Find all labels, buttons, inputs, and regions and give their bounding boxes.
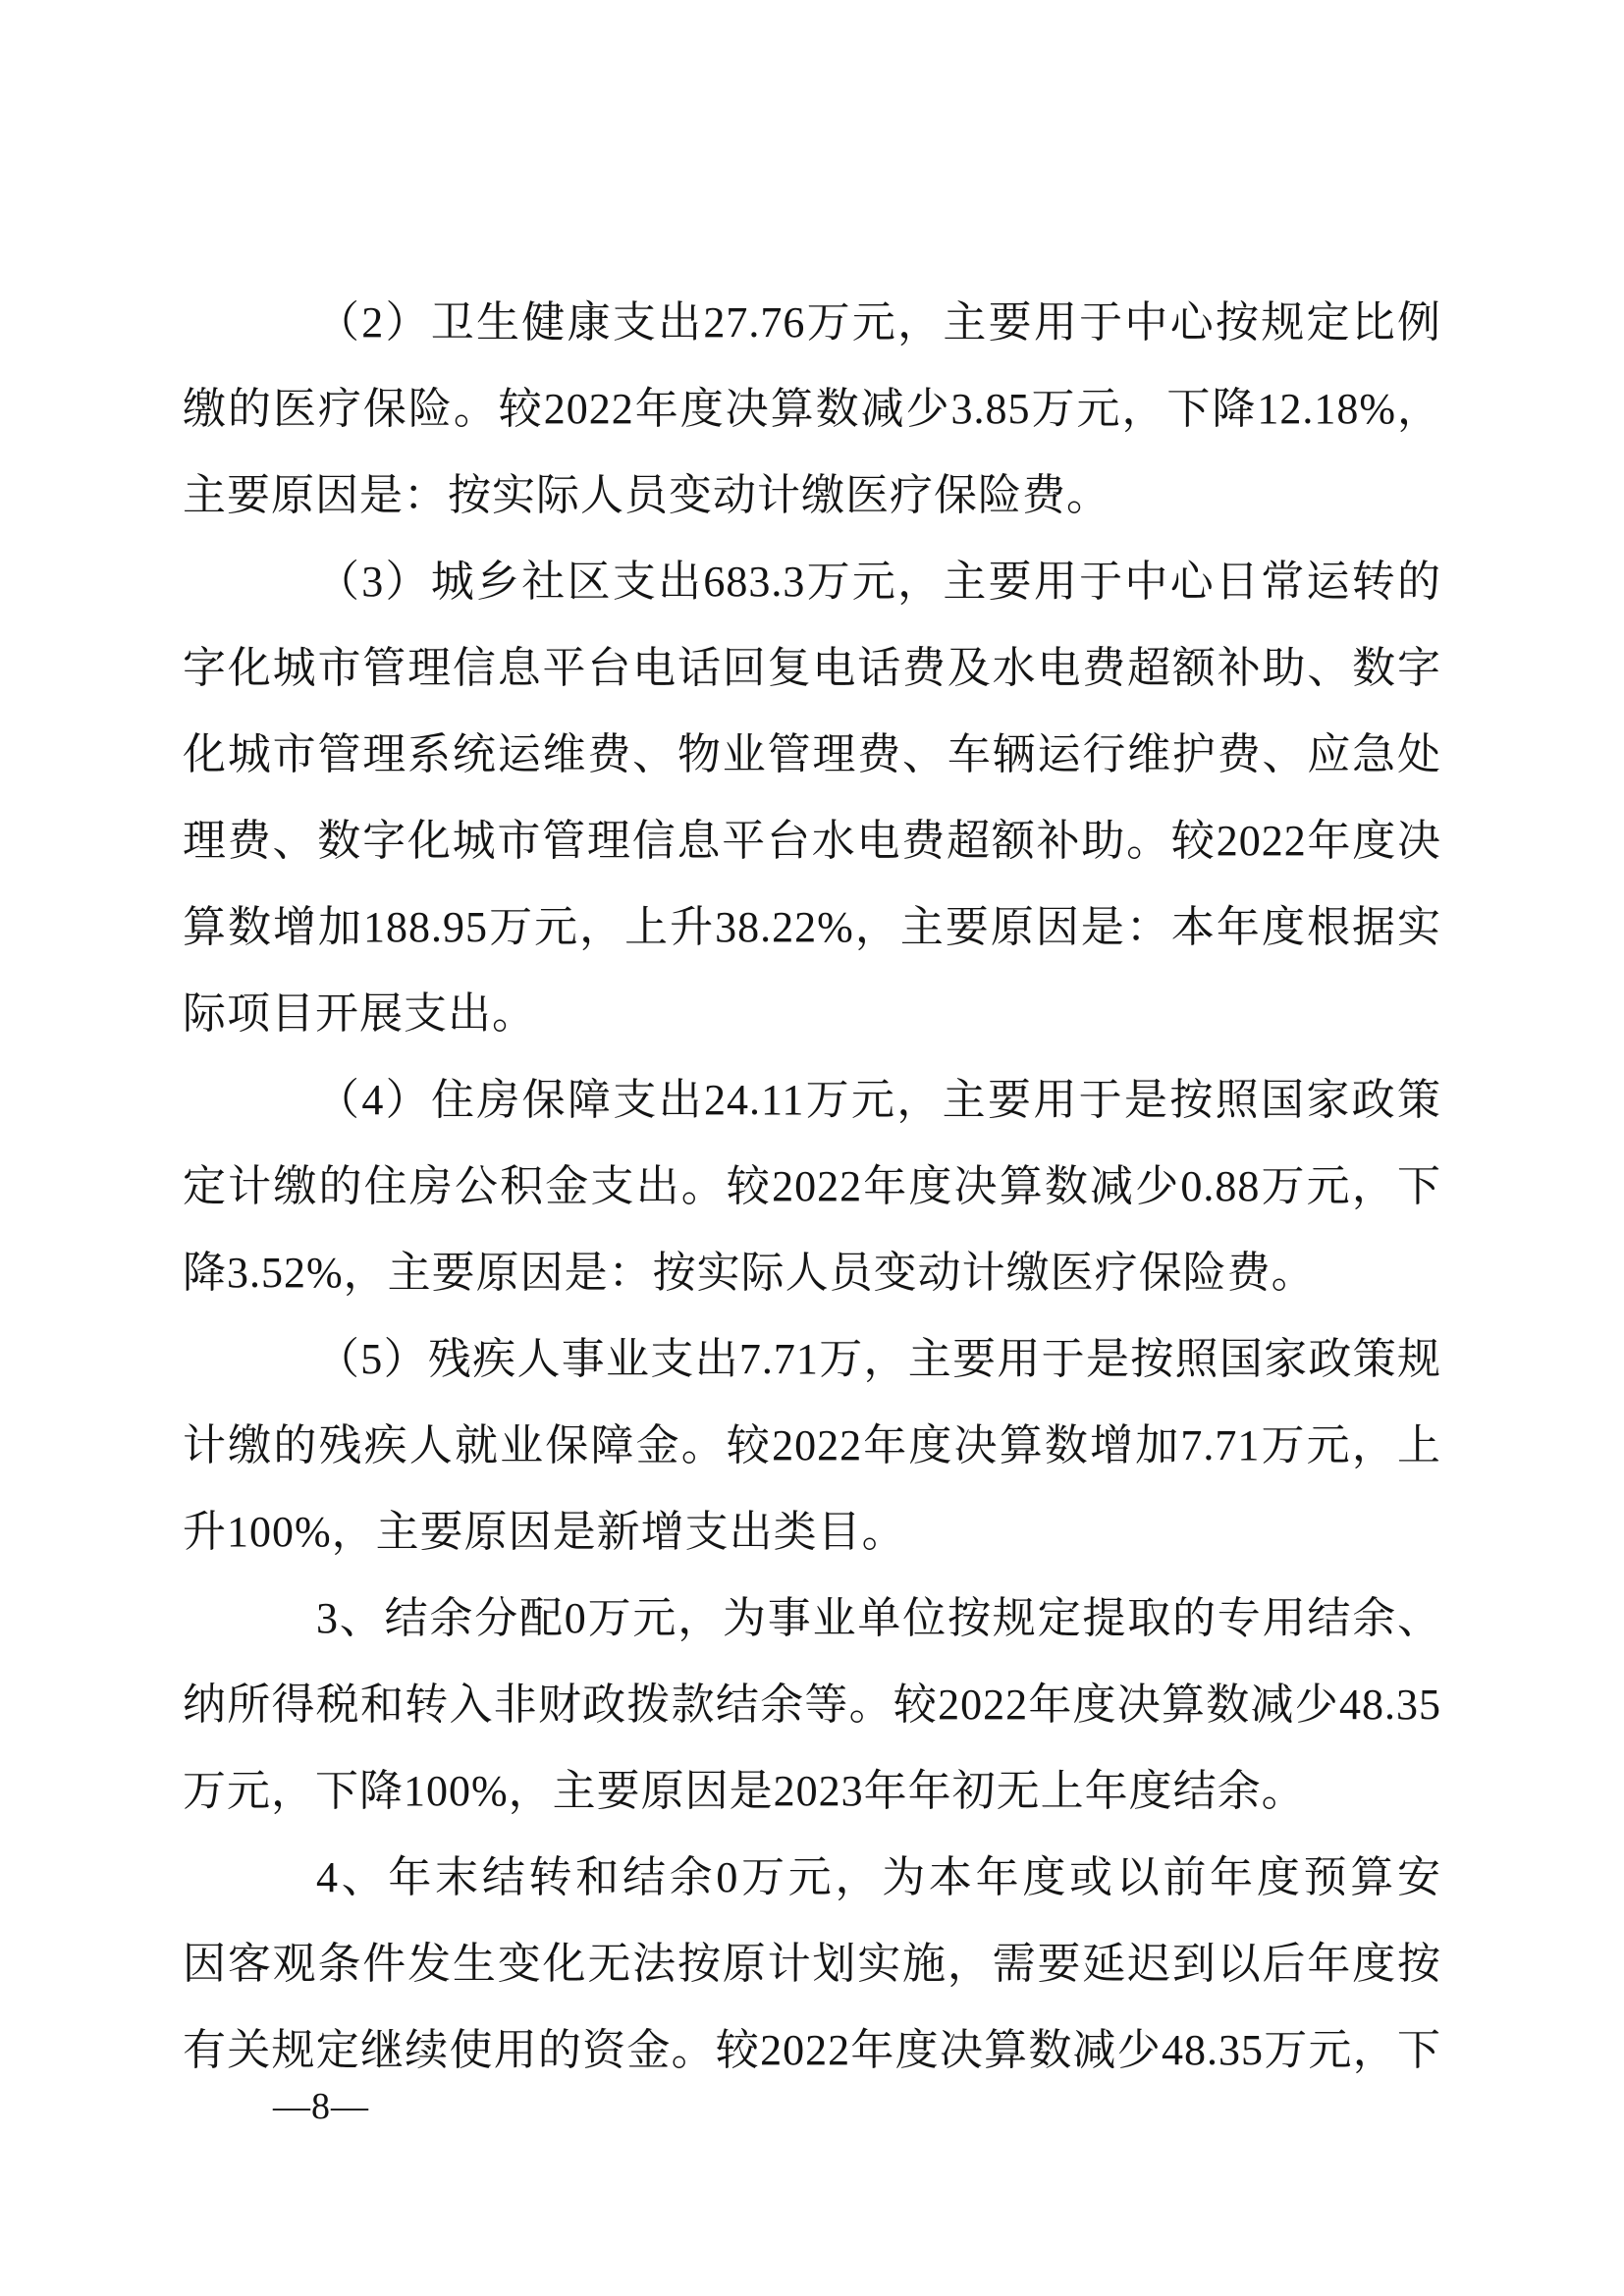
text-line: 计缴的残疾人就业保障金。较2022年度决算数增加7.71万元，上 [183, 1403, 1441, 1489]
text-line: 3、结余分配0万元，为事业单位按规定提取的专用结余、缴 [183, 1575, 1441, 1662]
text-line: 纳所得税和转入非财政拨款结余等。较2022年度决算数减少48.35 [183, 1662, 1441, 1748]
page-number: —8— [273, 2085, 369, 2128]
text-line: 因客观条件发生变化无法按原计划实施，需要延迟到以后年度按 [183, 1921, 1441, 2007]
text-line: （5）残疾人事业支出7.71万，主要用于是按照国家政策规定 [183, 1316, 1441, 1403]
text-line: 主要原因是：按实际人员变动计缴医疗保险费。 [183, 453, 1441, 539]
text-line: 4、年末结转和结余0万元，为本年度或以前年度预算安排、 [183, 1835, 1441, 1921]
text-line: （4）住房保障支出24.11万元，主要用于是按照国家政策规 [183, 1057, 1441, 1144]
text-line: 定计缴的住房公积金支出。较2022年度决算数减少0.88万元，下 [183, 1144, 1441, 1230]
text-line: 升100%，主要原因是新增支出类目。 [183, 1489, 1441, 1575]
text-line: 际项目开展支出。 [183, 971, 1441, 1057]
paragraph-surplus-distribution: 3、结余分配0万元，为事业单位按规定提取的专用结余、缴 纳所得税和转入非财政拨款… [183, 1575, 1441, 1835]
document-body: （2）卫生健康支出27.76万元，主要用于中心按规定比例计 缴的医疗保险。较20… [183, 280, 1441, 2094]
text-line: 化城市管理系统运维费、物业管理费、车辆运行维护费、应急处 [183, 712, 1441, 798]
text-line: （2）卫生健康支出27.76万元，主要用于中心按规定比例计 [183, 280, 1441, 366]
paragraph-health-expenditure: （2）卫生健康支出27.76万元，主要用于中心按规定比例计 缴的医疗保险。较20… [183, 280, 1441, 539]
paragraph-disabled-persons-expenditure: （5）残疾人事业支出7.71万，主要用于是按照国家政策规定 计缴的残疾人就业保障… [183, 1316, 1441, 1575]
text-line: 缴的医疗保险。较2022年度决算数减少3.85万元，下降12.18%， [183, 366, 1441, 453]
paragraph-community-expenditure: （3）城乡社区支出683.3万元，主要用于中心日常运转的数 字化城市管理信息平台… [183, 539, 1441, 1057]
paragraph-housing-expenditure: （4）住房保障支出24.11万元，主要用于是按照国家政策规 定计缴的住房公积金支… [183, 1057, 1441, 1316]
text-line: 万元，下降100%，主要原因是2023年年初无上年度结余。 [183, 1748, 1441, 1835]
text-line: 降3.52%，主要原因是：按实际人员变动计缴医疗保险费。 [183, 1230, 1441, 1316]
text-line: 字化城市管理信息平台电话回复电话费及水电费超额补助、数字 [183, 625, 1441, 712]
paragraph-yearend-carryover: 4、年末结转和结余0万元，为本年度或以前年度预算安排、 因客观条件发生变化无法按… [183, 1835, 1441, 2094]
text-line: 算数增加188.95万元，上升38.22%，主要原因是：本年度根据实 [183, 884, 1441, 971]
document-page: （2）卫生健康支出27.76万元，主要用于中心按规定比例计 缴的医疗保险。较20… [0, 0, 1624, 2296]
text-line: 有关规定继续使用的资金。较2022年度决算数减少48.35万元，下 [183, 2007, 1441, 2094]
text-line: 理费、数字化城市管理信息平台水电费超额补助。较2022年度决 [183, 798, 1441, 884]
text-line: （3）城乡社区支出683.3万元，主要用于中心日常运转的数 [183, 539, 1441, 625]
